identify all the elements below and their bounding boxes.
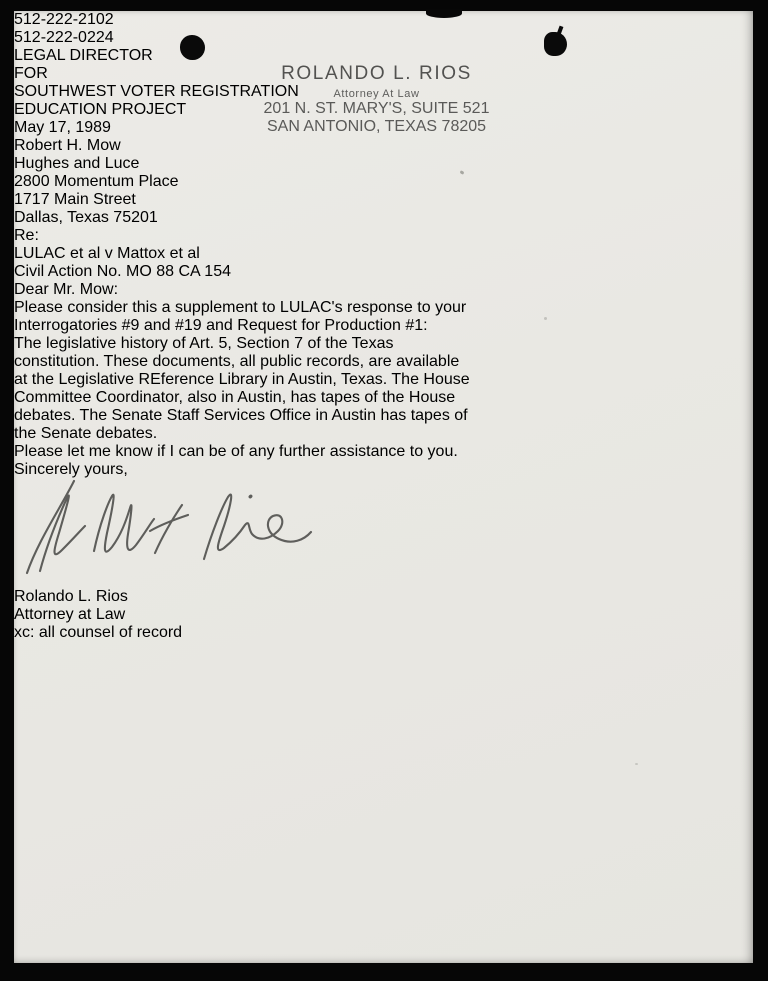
- body-paragraph-2: The legislative history of Art. 5, Secti…: [14, 335, 753, 443]
- signature: [14, 479, 753, 588]
- punch-hole-left: [180, 35, 205, 60]
- letterhead-address-line2: SAN ANTONIO, TEXAS 78205: [7, 118, 746, 136]
- letterhead-name: ROLANDO L. RIOS: [7, 63, 746, 85]
- text-line: Committee Coordinator, also in Austin, h…: [14, 389, 753, 407]
- signature-ink: [14, 479, 314, 583]
- letterhead: ROLANDO L. RIOS Attorney At Law 201 N. S…: [7, 63, 746, 136]
- letter-paper: ROLANDO L. RIOS Attorney At Law 201 N. S…: [14, 11, 753, 963]
- text-line: 2800 Momentum Place: [14, 173, 753, 191]
- letterhead-address-line1: 201 N. ST. MARY'S, SUITE 521: [7, 100, 746, 118]
- text-line: constitution. These documents, all publi…: [14, 353, 753, 371]
- text-line: debates. The Senate Staff Services Offic…: [14, 407, 753, 425]
- text-line: Please consider this a supplement to LUL…: [14, 299, 753, 317]
- body-paragraph-3: Please let me know if I can be of any fu…: [14, 443, 753, 461]
- recipient-address: Robert H. MowHughes and Luce2800 Momentu…: [14, 137, 753, 227]
- text-line: 1717 Main Street: [14, 191, 753, 209]
- closing: Sincerely yours,: [14, 461, 753, 479]
- paper-speck: [635, 763, 638, 765]
- text-line: The legislative history of Art. 5, Secti…: [14, 335, 753, 353]
- phone-number-1: 512-222-2102: [14, 11, 753, 29]
- case-number: Civil Action No. MO 88 CA 154: [14, 263, 753, 281]
- signer-title: Attorney at Law: [14, 606, 753, 624]
- case-name: LULAC et al v Mattox et al: [14, 245, 753, 263]
- text-line: Hughes and Luce: [14, 155, 753, 173]
- text-line: at the Legislative REference Library in …: [14, 371, 753, 389]
- signer-name: Rolando L. Rios: [14, 588, 753, 606]
- re-label: Re:: [14, 227, 753, 245]
- punch-hole-right: [544, 32, 567, 56]
- text-line: Dallas, Texas 75201: [14, 209, 753, 227]
- scanned-letter-page: { "letterhead": { "name": "ROLANDO L. RI…: [0, 0, 768, 981]
- scan-artifact-blob: [426, 9, 462, 18]
- letterhead-title: Attorney At Law: [7, 88, 746, 100]
- phone-number-2: 512-222-0224: [14, 29, 753, 47]
- paper-speck: [544, 317, 547, 320]
- salutation: Dear Mr. Mow:: [14, 281, 753, 299]
- body-paragraph-1: Please consider this a supplement to LUL…: [14, 299, 753, 335]
- re-line: Re: LULAC et al v Mattox et al Civil Act…: [14, 227, 753, 281]
- cc-line: xc: all counsel of record: [14, 624, 753, 642]
- text-line: Robert H. Mow: [14, 137, 753, 155]
- text-line: the Senate debates.: [14, 425, 753, 443]
- text-line: Interrogatories #9 and #19 and Request f…: [14, 317, 753, 335]
- re-content: LULAC et al v Mattox et al Civil Action …: [14, 245, 753, 281]
- letterhead-phone-numbers: 512-222-2102 512-222-0224: [14, 11, 753, 47]
